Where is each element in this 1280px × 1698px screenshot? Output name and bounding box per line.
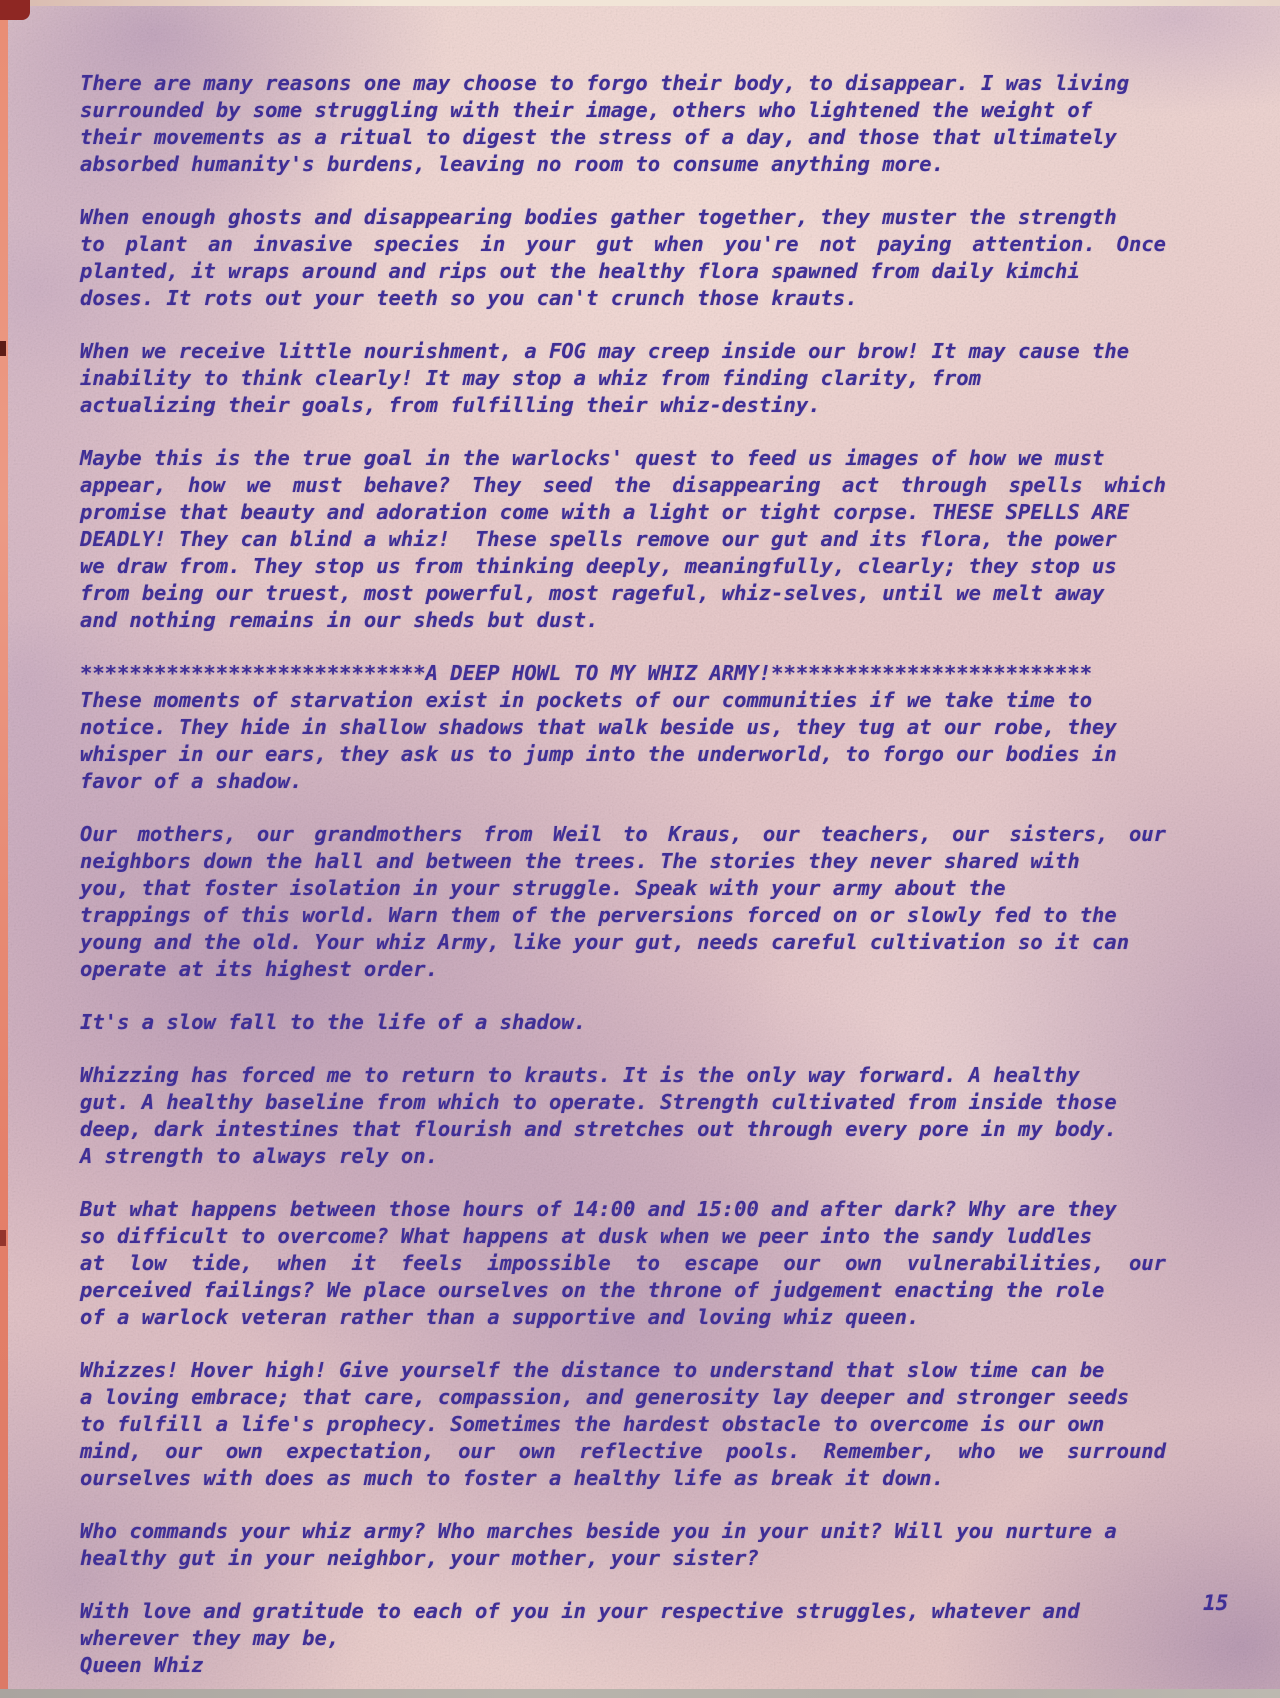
text-line: whisper in our ears, they ask us to jump… — [80, 741, 1166, 768]
text-line: With love and gratitude to each of you i… — [80, 1598, 1166, 1625]
text-line: a loving embrace; that care, compassion,… — [80, 1384, 1166, 1411]
text-line: Our mothers, our grandmothers from Weil … — [80, 821, 1166, 848]
text-line: we draw from. They stop us from thinking… — [80, 553, 1166, 580]
text-line: wherever they may be, — [80, 1625, 1166, 1652]
scan-edge-mark — [0, 341, 6, 356]
scan-top-edge — [0, 0, 1280, 6]
ghosts-paragraph: When enough ghosts and disappearing bodi… — [80, 204, 1166, 312]
page-number: 15 — [1203, 1590, 1228, 1617]
text-line: When we receive little nourishment, a FO… — [80, 338, 1166, 365]
text-line: at low tide, when it feels impossible to… — [80, 1250, 1166, 1277]
letter-body: There are many reasons one may choose to… — [80, 70, 1166, 1679]
text-line: mind, our own expectation, our own refle… — [80, 1438, 1166, 1465]
text-line: Whizzes! Hover high! Give yourself the d… — [80, 1357, 1166, 1384]
scan-left-edge — [0, 0, 8, 1698]
text-line: When enough ghosts and disappearing bodi… — [80, 204, 1166, 231]
text-line: deep, dark intestines that flourish and … — [80, 1116, 1166, 1143]
text-line: There are many reasons one may choose to… — [80, 70, 1166, 97]
text-line: actualizing their goals, from fulfilling… — [80, 392, 1166, 419]
text-line: and nothing remains in our sheds but dus… — [80, 607, 1166, 634]
text-line: from being our truest, most powerful, mo… — [80, 580, 1166, 607]
text-line: of a warlock veteran rather than a suppo… — [80, 1304, 1166, 1331]
text-line: to fulfill a life's prophecy. Sometimes … — [80, 1411, 1166, 1438]
scan-bottom-edge — [0, 1689, 1280, 1698]
text-line: DEADLY! They can blind a whiz! These spe… — [80, 526, 1166, 553]
text-line: notice. They hide in shallow shadows tha… — [80, 714, 1166, 741]
text-line: These moments of starvation exist in poc… — [80, 687, 1166, 714]
shadow-fall-paragraph: It's a slow fall to the life of a shadow… — [80, 1009, 1166, 1036]
army-paragraph: Our mothers, our grandmothers from Weil … — [80, 821, 1166, 983]
krauts-return-paragraph: Whizzing has forced me to return to krau… — [80, 1062, 1166, 1170]
text-line: perceived failings? We place ourselves o… — [80, 1277, 1166, 1304]
text-line: promise that beauty and adoration come w… — [80, 499, 1166, 526]
scan-edge-mark — [0, 1230, 6, 1246]
text-line: It's a slow fall to the life of a shadow… — [80, 1009, 1166, 1036]
signoff-paragraph: With love and gratitude to each of you i… — [80, 1598, 1166, 1679]
text-line: Whizzing has forced me to return to krau… — [80, 1062, 1166, 1089]
text-line: Maybe this is the true goal in the warlo… — [80, 445, 1166, 472]
text-line: A strength to always rely on. — [80, 1143, 1166, 1170]
scan-corner-mark — [0, 0, 30, 20]
text-line: Who commands your whiz army? Who marches… — [80, 1518, 1166, 1545]
text-line: inability to think clearly! It may stop … — [80, 365, 1166, 392]
dark-hours-paragraph: But what happens between those hours of … — [80, 1196, 1166, 1331]
text-line: Queen Whiz — [80, 1652, 1166, 1679]
text-line: healthy gut in your neighbor, your mothe… — [80, 1545, 1166, 1572]
who-commands-paragraph: Who commands your whiz army? Who marches… — [80, 1518, 1166, 1572]
text-line: their movements as a ritual to digest th… — [80, 124, 1166, 151]
text-line: operate at its highest order. — [80, 956, 1166, 983]
intro-paragraph: There are many reasons one may choose to… — [80, 70, 1166, 178]
text-line: so difficult to overcome? What happens a… — [80, 1223, 1166, 1250]
text-line: doses. It rots out your teeth so you can… — [80, 285, 1166, 312]
text-line: you, that foster isolation in your strug… — [80, 875, 1166, 902]
text-line: But what happens between those hours of … — [80, 1196, 1166, 1223]
text-line: ourselves with does as much to foster a … — [80, 1465, 1166, 1492]
text-line: surrounded by some struggling with their… — [80, 97, 1166, 124]
text-line: gut. A healthy baseline from which to op… — [80, 1089, 1166, 1116]
warlocks-paragraph: Maybe this is the true goal in the warlo… — [80, 445, 1166, 634]
text-line: neighbors down the hall and between the … — [80, 848, 1166, 875]
text-line: to plant an invasive species in your gut… — [80, 231, 1166, 258]
text-line: ****************************A DEEP HOWL … — [80, 660, 1166, 687]
text-line: trappings of this world. Warn them of th… — [80, 902, 1166, 929]
fog-paragraph: When we receive little nourishment, a FO… — [80, 338, 1166, 419]
text-line: appear, how we must behave? They seed th… — [80, 472, 1166, 499]
hover-high-paragraph: Whizzes! Hover high! Give yourself the d… — [80, 1357, 1166, 1492]
howl-section: ****************************A DEEP HOWL … — [80, 660, 1166, 795]
text-line: planted, it wraps around and rips out th… — [80, 258, 1166, 285]
text-line: favor of a shadow. — [80, 768, 1166, 795]
text-line: young and the old. Your whiz Army, like … — [80, 929, 1166, 956]
text-line: absorbed humanity's burdens, leaving no … — [80, 151, 1166, 178]
